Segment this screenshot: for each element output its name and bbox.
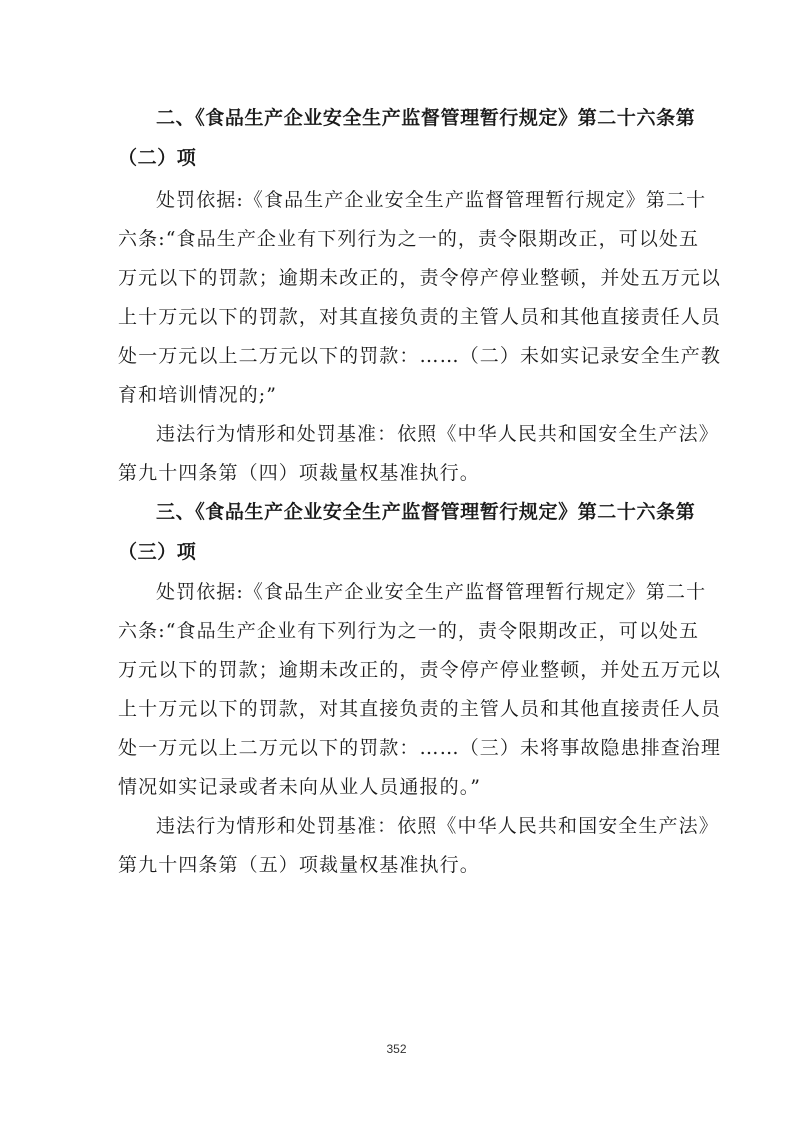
basis-line: 上十万元以下的罚款，对其直接负责的主管人员和其他直接责任人员 — [118, 697, 678, 721]
basis-line: 处罚依据:《食品生产企业安全生产监督管理暂行规定》第二十 — [156, 188, 678, 212]
basis-line: 情况如实记录或者未向从业人员通报的。” — [118, 775, 678, 799]
page-number: 352 — [0, 1042, 793, 1056]
standard-line: 第九十四条第（四）项裁量权基准执行。 — [118, 461, 678, 485]
basis-line: 处一万元以上二万元以下的罚款：……（三）未将事故隐患排查治理 — [118, 736, 678, 760]
basis-line: 育和培训情况的;” — [118, 383, 678, 407]
section-heading-cont: （三）项 — [118, 540, 678, 564]
standard-line: 违法行为情形和处罚基准：依照《中华人民共和国安全生产法》 — [156, 814, 678, 838]
basis-line: 上十万元以下的罚款，对其直接负责的主管人员和其他直接责任人员 — [118, 305, 678, 329]
section-heading-cont: （二）项 — [118, 146, 678, 170]
basis-line: 处一万元以上二万元以下的罚款：……（二）未如实记录安全生产教 — [118, 344, 678, 368]
section-heading: 三、《食品生产企业安全生产监督管理暂行规定》第二十六条第 — [156, 500, 678, 524]
basis-line: 万元以下的罚款；逾期未改正的，责令停产停业整顿，并处五万元以 — [118, 266, 678, 290]
basis-line: 万元以下的罚款；逾期未改正的，责令停产停业整顿，并处五万元以 — [118, 658, 678, 682]
document-page: 二、《食品生产企业安全生产监督管理暂行规定》第二十六条第 （二）项 处罚依据:《… — [0, 0, 793, 1122]
basis-line: 六条:“食品生产企业有下列行为之一的，责令限期改正，可以处五 — [118, 619, 678, 643]
standard-line: 违法行为情形和处罚基准：依照《中华人民共和国安全生产法》 — [156, 422, 678, 446]
basis-line: 处罚依据:《食品生产企业安全生产监督管理暂行规定》第二十 — [156, 580, 678, 604]
standard-line: 第九十四条第（五）项裁量权基准执行。 — [118, 853, 678, 877]
basis-line: 六条:“食品生产企业有下列行为之一的，责令限期改正，可以处五 — [118, 227, 678, 251]
section-heading: 二、《食品生产企业安全生产监督管理暂行规定》第二十六条第 — [156, 106, 678, 130]
